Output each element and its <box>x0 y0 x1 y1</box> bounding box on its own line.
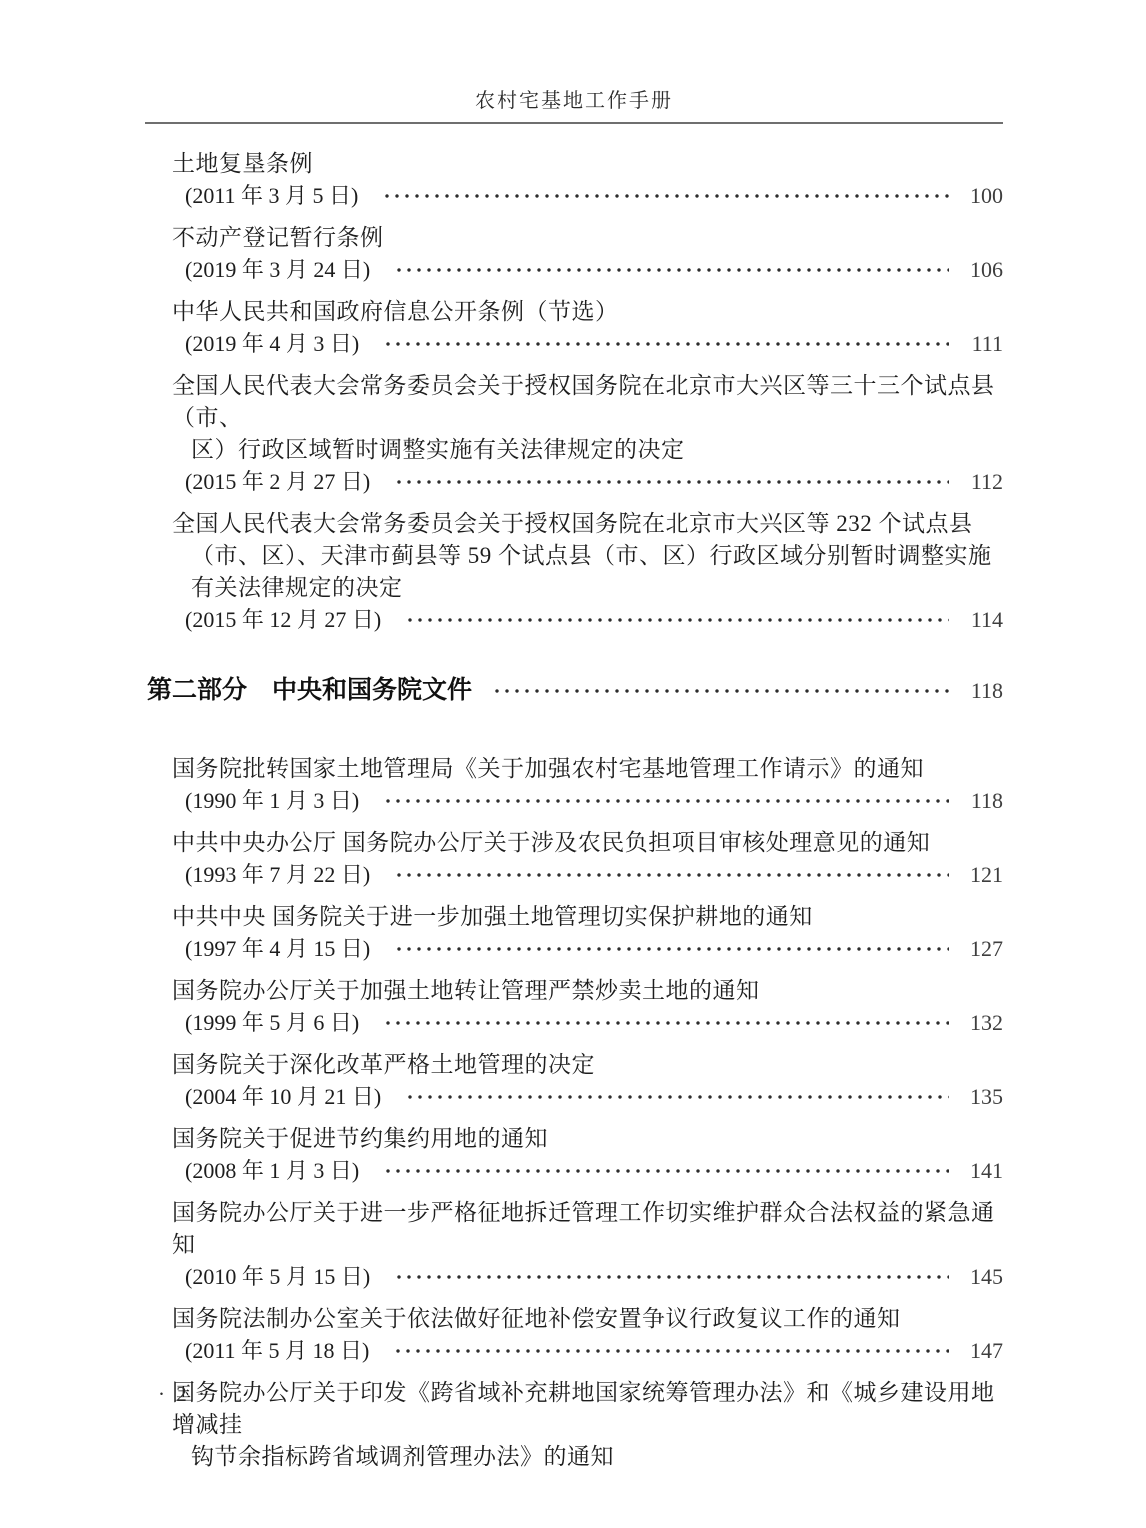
toc-entry-date: (2010 年 5 月 15 日) <box>185 1261 370 1293</box>
dot-leader <box>383 795 949 807</box>
dot-leader <box>383 338 949 350</box>
book-title: 农村宅基地工作手册 <box>475 90 673 112</box>
dot-leader <box>394 943 949 955</box>
dot-leader <box>405 614 949 626</box>
toc-entry-page-number: 118 <box>961 785 1003 817</box>
toc-entry-date-row: (2015 年 2 月 27 日)112 <box>145 466 1003 498</box>
footer-page-number: · 2 · <box>158 1382 208 1407</box>
toc-entry-page-number: 127 <box>961 933 1003 965</box>
toc-entry-title-line: （市、区）、天津市蓟县等 59 个试点县（市、区）行政区域分别暂时调整实施 <box>145 540 1003 572</box>
toc-section-heading: 第二部分 中央和国务院文件118 <box>145 672 1003 709</box>
toc-entry: 国务院关于深化改革严格土地管理的决定(2004 年 10 月 21 日)135 <box>145 1049 1003 1113</box>
dot-leader <box>393 1345 949 1357</box>
toc-entry-date: (2011 年 3 月 5 日) <box>185 180 358 212</box>
toc-entry-page-number: 141 <box>961 1155 1003 1187</box>
toc-entry: 国务院办公厅关于印发《跨省域补充耕地国家统筹管理办法》和《城乡建设用地增减挂钩节… <box>145 1377 1003 1473</box>
toc-entry: 全国人民代表大会常务委员会关于授权国务院在北京市大兴区等 232 个试点县（市、… <box>145 508 1003 636</box>
toc-entry: 国务院批转国家土地管理局《关于加强农村宅基地管理工作请示》的通知(1990 年 … <box>145 753 1003 817</box>
toc-entry-date: (2011 年 5 月 18 日) <box>185 1335 369 1367</box>
toc-entry-title-line: 有关法律规定的决定 <box>145 572 1003 604</box>
toc-entry-date-row: (2019 年 3 月 24 日)106 <box>145 254 1003 286</box>
toc-entry: 国务院办公厅关于加强土地转让管理严禁炒卖土地的通知(1999 年 5 月 6 日… <box>145 975 1003 1039</box>
toc-entry-title-line: 国务院关于深化改革严格土地管理的决定 <box>145 1049 1003 1081</box>
toc-entry-date-row: (2008 年 1 月 3 日)141 <box>145 1155 1003 1187</box>
toc-entry-date-row: (1993 年 7 月 22 日)121 <box>145 859 1003 891</box>
toc-entry-date: (2015 年 2 月 27 日) <box>185 466 370 498</box>
toc-entry-title-line: 国务院批转国家土地管理局《关于加强农村宅基地管理工作请示》的通知 <box>145 753 1003 785</box>
toc-list: 土地复垦条例(2011 年 3 月 5 日)100不动产登记暂行条例(2019 … <box>145 148 1003 1473</box>
toc-entry-title-line: 中华人民共和国政府信息公开条例（节选） <box>145 296 1003 328</box>
dot-leader <box>394 1271 949 1283</box>
section-page-number: 118 <box>961 673 1003 709</box>
toc-entry-date-row: (2004 年 10 月 21 日)135 <box>145 1081 1003 1113</box>
toc-entry-page-number: 111 <box>961 328 1003 360</box>
dot-leader <box>383 1017 949 1029</box>
toc-entry-title-line: 钩节余指标跨省域调剂管理办法》的通知 <box>145 1441 1003 1473</box>
toc-entry-title-line: 区）行政区域暂时调整实施有关法律规定的决定 <box>145 434 1003 466</box>
toc-entry-title-line: 国务院办公厅关于加强土地转让管理严禁炒卖土地的通知 <box>145 975 1003 1007</box>
toc-entry-date: (2008 年 1 月 3 日) <box>185 1155 359 1187</box>
toc-entry-title-line: 国务院法制办公室关于依法做好征地补偿安置争议行政复议工作的通知 <box>145 1303 1003 1335</box>
dot-leader <box>394 264 949 276</box>
toc-entry: 国务院办公厅关于进一步严格征地拆迁管理工作切实维护群众合法权益的紧急通知(201… <box>145 1197 1003 1293</box>
toc-entry-date: (1999 年 5 月 6 日) <box>185 1007 359 1039</box>
toc-entry-title-line: 中共中央 国务院关于进一步加强土地管理切实保护耕地的通知 <box>145 901 1003 933</box>
toc-entry-date: (1993 年 7 月 22 日) <box>185 859 370 891</box>
toc-entry: 国务院法制办公室关于依法做好征地补偿安置争议行政复议工作的通知(2011 年 5… <box>145 1303 1003 1367</box>
toc-entry-date-row: (2010 年 5 月 15 日)145 <box>145 1261 1003 1293</box>
dot-leader <box>382 190 949 202</box>
toc-entry-page-number: 145 <box>961 1261 1003 1293</box>
toc-entry-date-row: (1999 年 5 月 6 日)132 <box>145 1007 1003 1039</box>
toc-entry: 土地复垦条例(2011 年 3 月 5 日)100 <box>145 148 1003 212</box>
toc-entry-date: (2004 年 10 月 21 日) <box>185 1081 381 1113</box>
running-head: 农村宅基地工作手册 <box>145 88 1003 124</box>
toc-entry-date: (1997 年 4 月 15 日) <box>185 933 370 965</box>
toc-page: 农村宅基地工作手册 土地复垦条例(2011 年 3 月 5 日)100不动产登记… <box>0 0 1146 1528</box>
toc-entry-date: (2015 年 12 月 27 日) <box>185 604 381 636</box>
toc-entry-date-row: (1997 年 4 月 15 日)127 <box>145 933 1003 965</box>
toc-entry-page-number: 121 <box>961 859 1003 891</box>
toc-entry-page-number: 106 <box>961 254 1003 286</box>
toc-entry-date: (2019 年 3 月 24 日) <box>185 254 370 286</box>
toc-entry-title-line: 全国人民代表大会常务委员会关于授权国务院在北京市大兴区等三十三个试点县（市、 <box>145 370 1003 434</box>
toc-entry-page-number: 114 <box>961 604 1003 636</box>
toc-entry-title-line: 土地复垦条例 <box>145 148 1003 180</box>
toc-entry-title-line: 国务院办公厅关于进一步严格征地拆迁管理工作切实维护群众合法权益的紧急通知 <box>145 1197 1003 1261</box>
page-content: 农村宅基地工作手册 土地复垦条例(2011 年 3 月 5 日)100不动产登记… <box>145 88 1003 1483</box>
toc-entry: 中共中央办公厅 国务院办公厅关于涉及农民负担项目审核处理意见的通知(1993 年… <box>145 827 1003 891</box>
toc-entry: 中华人民共和国政府信息公开条例（节选）(2019 年 4 月 3 日)111 <box>145 296 1003 360</box>
toc-entry-page-number: 132 <box>961 1007 1003 1039</box>
toc-entry-date: (2019 年 4 月 3 日) <box>185 328 359 360</box>
dot-leader <box>394 869 949 881</box>
toc-entry-page-number: 135 <box>961 1081 1003 1113</box>
section-heading-label: 第二部分 中央和国务院文件 <box>147 672 472 708</box>
toc-entry-title-line: 中共中央办公厅 国务院办公厅关于涉及农民负担项目审核处理意见的通知 <box>145 827 1003 859</box>
dot-leader <box>492 685 949 697</box>
toc-entry-title-line: 全国人民代表大会常务委员会关于授权国务院在北京市大兴区等 232 个试点县 <box>145 508 1003 540</box>
toc-entry: 不动产登记暂行条例(2019 年 3 月 24 日)106 <box>145 222 1003 286</box>
toc-entry-date-row: (2011 年 5 月 18 日)147 <box>145 1335 1003 1367</box>
toc-entry-title-line: 不动产登记暂行条例 <box>145 222 1003 254</box>
dot-leader <box>405 1091 949 1103</box>
toc-entry-title-line: 国务院办公厅关于印发《跨省域补充耕地国家统筹管理办法》和《城乡建设用地增减挂 <box>145 1377 1003 1441</box>
toc-entry-date-row: (1990 年 1 月 3 日)118 <box>145 785 1003 817</box>
toc-entry-date: (1990 年 1 月 3 日) <box>185 785 359 817</box>
toc-entry-title-line: 国务院关于促进节约集约用地的通知 <box>145 1123 1003 1155</box>
toc-entry-date-row: (2019 年 4 月 3 日)111 <box>145 328 1003 360</box>
toc-entry: 全国人民代表大会常务委员会关于授权国务院在北京市大兴区等三十三个试点县（市、区）… <box>145 370 1003 498</box>
toc-entry-page-number: 100 <box>961 180 1003 212</box>
dot-leader <box>394 476 949 488</box>
toc-entry-date-row: (2015 年 12 月 27 日)114 <box>145 604 1003 636</box>
toc-entry-date-row: (2011 年 3 月 5 日)100 <box>145 180 1003 212</box>
dot-leader <box>383 1165 949 1177</box>
toc-entry-page-number: 147 <box>961 1335 1003 1367</box>
toc-entry-page-number: 112 <box>961 466 1003 498</box>
toc-entry: 中共中央 国务院关于进一步加强土地管理切实保护耕地的通知(1997 年 4 月 … <box>145 901 1003 965</box>
toc-entry: 国务院关于促进节约集约用地的通知(2008 年 1 月 3 日)141 <box>145 1123 1003 1187</box>
